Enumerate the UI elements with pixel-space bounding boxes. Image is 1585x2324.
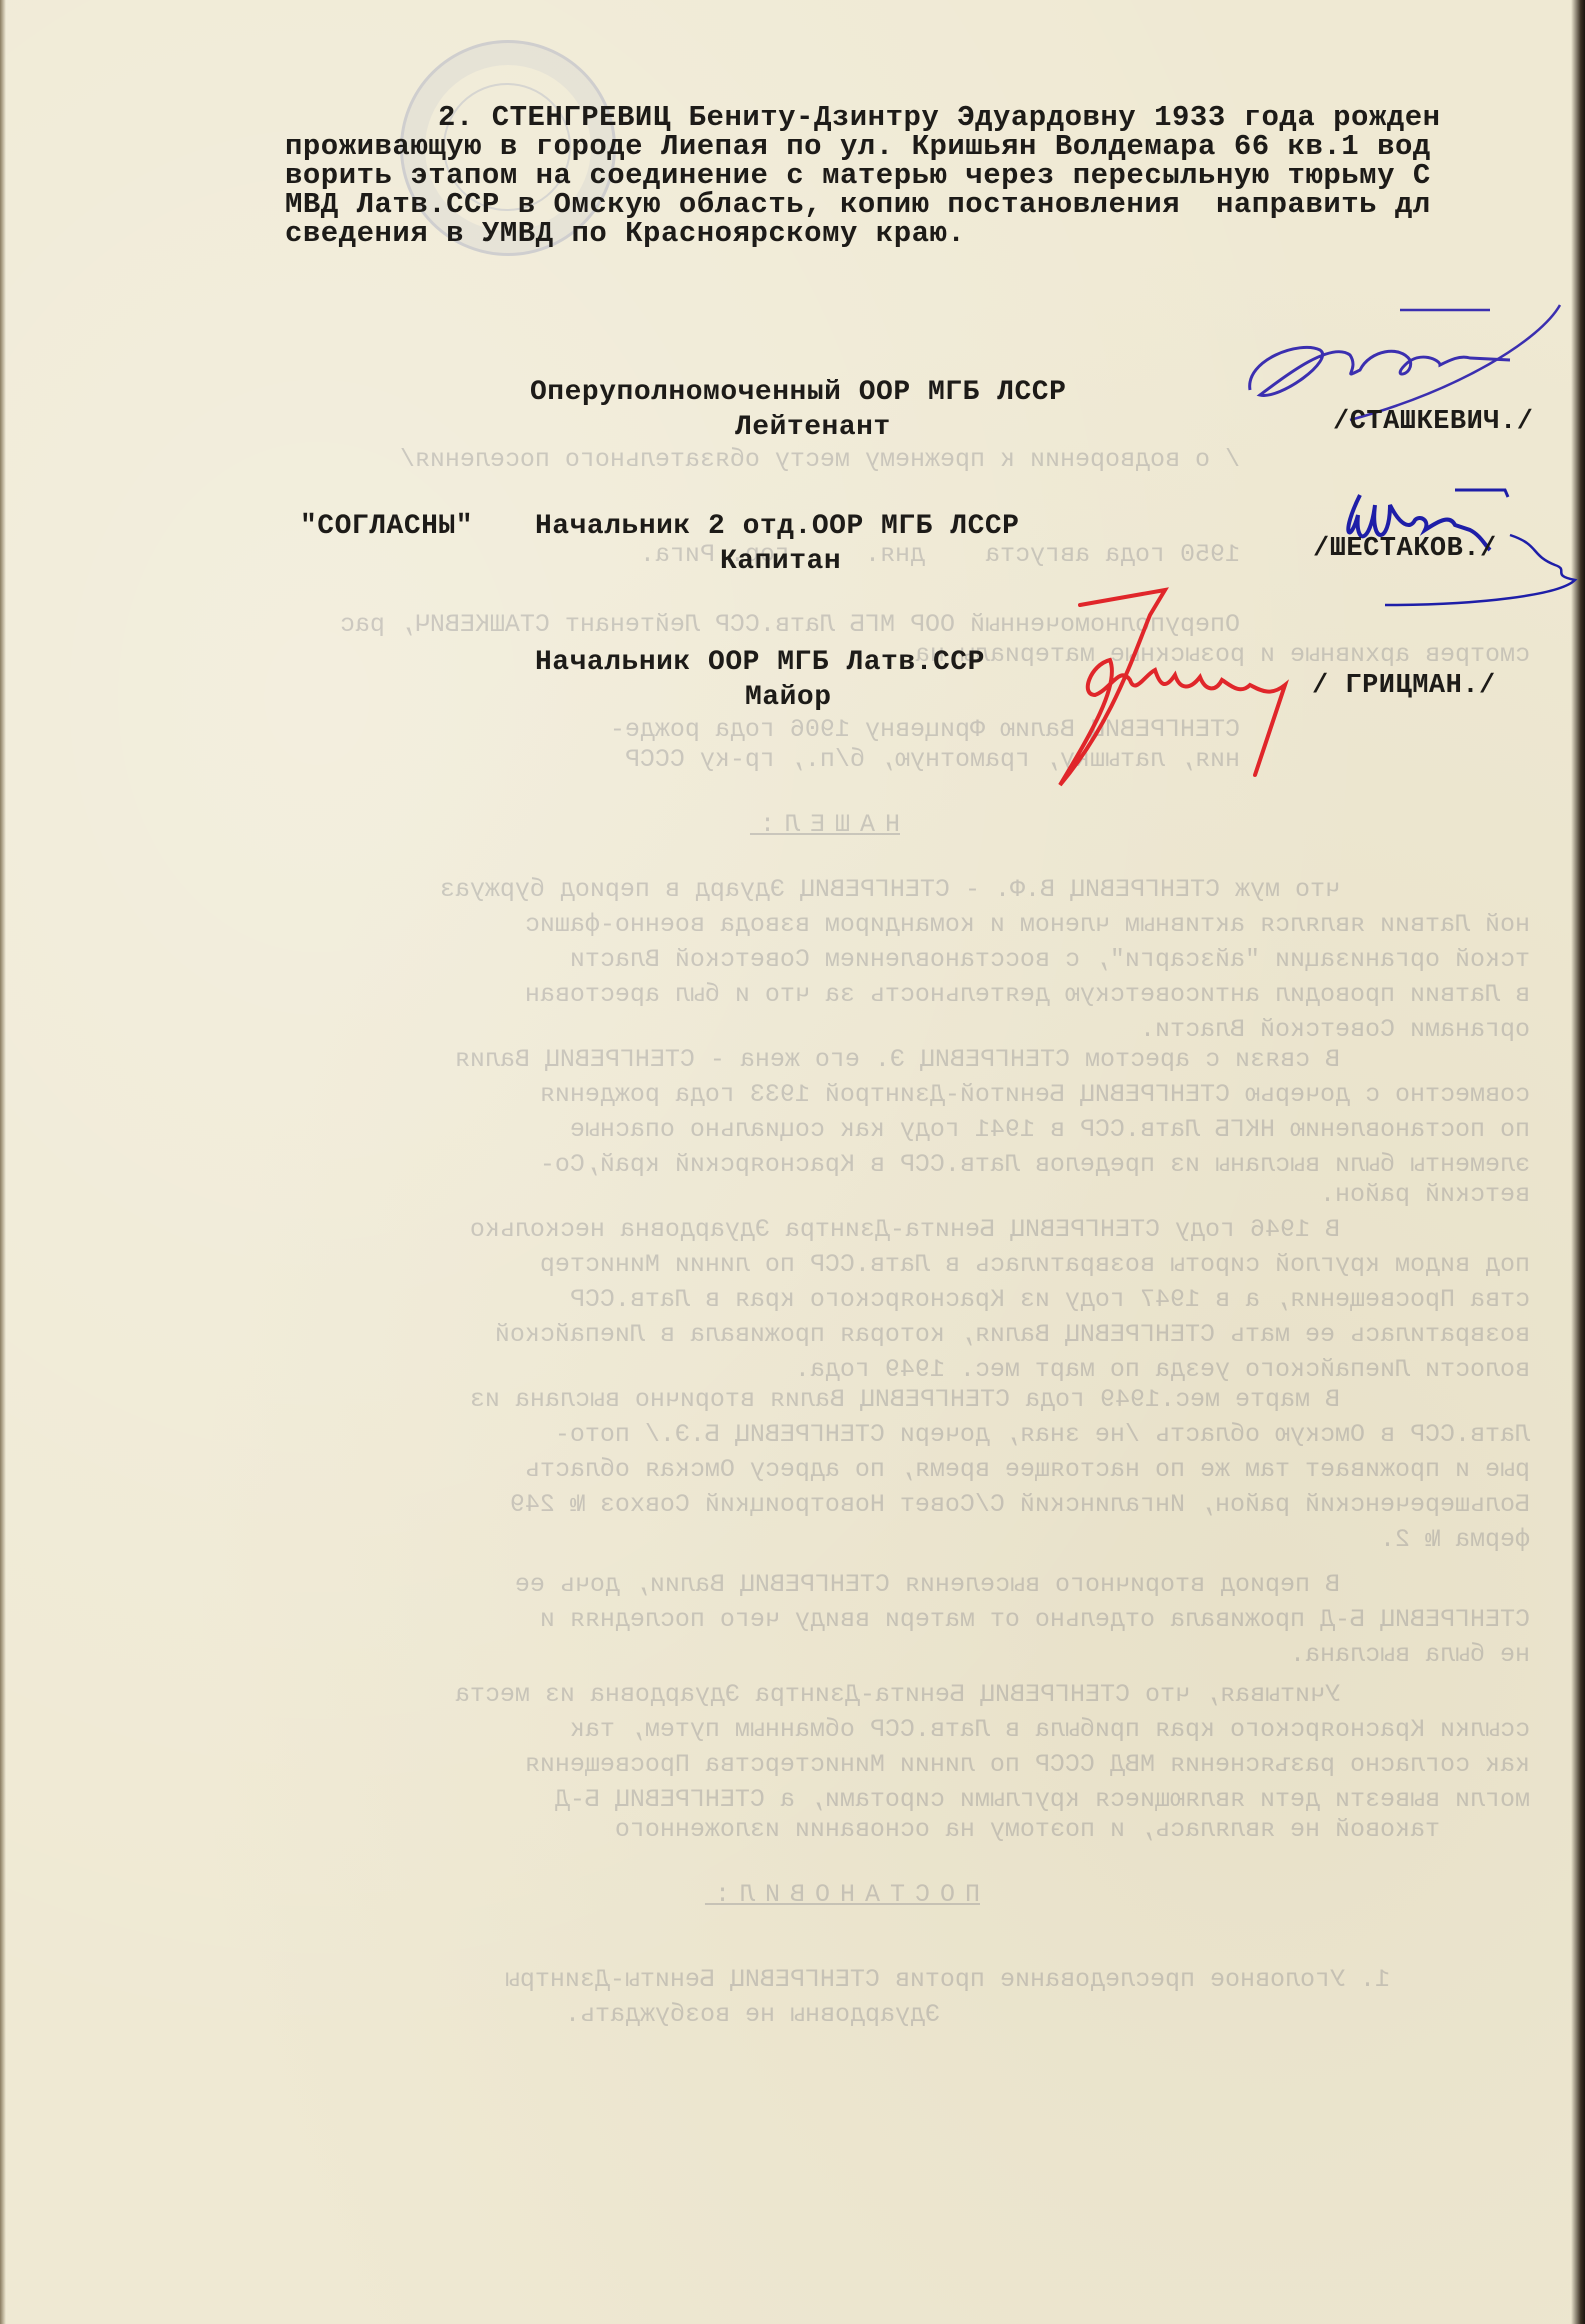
bleed-line: возвратилась ее мать СТЕНГРЕВИЦ Валия, к…: [495, 1320, 1530, 1350]
bleed-line: волости Лиепайского уезда по март мес. 1…: [795, 1355, 1530, 1385]
bleed-line: таковой не являлась, и поэтому на основа…: [615, 1815, 1440, 1845]
bleed-line: Большереченский район, Ингалинский С/Сов…: [510, 1490, 1530, 1520]
paragraph-line: проживающую в городе Лиепая по ул. Кришь…: [285, 132, 1431, 161]
bleed-line: ства Просвещения, а в 1947 году из Красн…: [570, 1285, 1530, 1315]
bleed-line: под видом круглой сироты возвратилась в …: [540, 1250, 1530, 1280]
bleed-line: ветский район.: [1320, 1180, 1530, 1210]
paragraph-line: МВД Латв.ССР в Омскую область, копию пос…: [285, 190, 1431, 219]
bleed-line: Латв.ССР в Омскую область /не зная, доче…: [555, 1420, 1530, 1450]
signatory-rank: Капитан: [720, 547, 841, 576]
approval-label: "СОГЛАСНЫ": [300, 512, 473, 541]
bleed-heading: ПОСТАНОВИЛ:: [705, 1880, 980, 1910]
bleed-line: ферма № 2.: [1380, 1525, 1530, 1555]
signatory-name: /ШЕСТАКОВ./: [1313, 535, 1497, 564]
bleed-line: В 1946 году СТЕНГРЕВИЦ Бенита-Дзинтра Эд…: [470, 1215, 1340, 1245]
signatory-position: Начальник 2 отд.ООР МГБ ЛССР: [535, 512, 1019, 541]
bleed-line: ссылки Красноярского края прибыла в Латв…: [570, 1715, 1530, 1745]
signatory-position: Оперуполномоченный ООР МГБ ЛССР: [530, 378, 1066, 407]
bleed-heading: НАШЕЛ:: [750, 810, 900, 840]
bleed-line: органами Советской Власти.: [1140, 1015, 1530, 1045]
signature-gritsman-icon: [1050, 585, 1320, 795]
signatory-position: Начальник ООР МГБ Латв.ССР: [535, 648, 985, 677]
bleed-line: элементы были высланы из пределов Латв.С…: [540, 1150, 1530, 1180]
bleed-line: Учитывая, что СТЕНГРЕВИЦ Бенита-Дзинтра …: [455, 1680, 1340, 1710]
signatory-name: / ГРИЦМАН./: [1312, 672, 1496, 701]
paper-edge-left: [0, 0, 6, 2324]
paragraph-line: сведения в УМВД по Красноярскому краю.: [285, 219, 965, 248]
signatory-rank: Лейтенант: [735, 413, 891, 442]
bleed-line: по постановлению НКГБ Латв.ССР в 1941 го…: [570, 1115, 1530, 1145]
bleed-line: ной Латвии являлся активным членом и ком…: [525, 910, 1530, 940]
bleed-line: Эдуардовны не возбуждать.: [565, 2000, 940, 2030]
bleed-line: в Латвии проводил антисоветскую деятельн…: [525, 980, 1530, 1010]
bleed-line: рые и проживает там же по настоящее врем…: [525, 1455, 1530, 1485]
bleed-line: как согласно разъяснения МВД СССР по лин…: [525, 1750, 1530, 1780]
bleed-line: СТЕНГРЕВИЦ Б-Д проживала отдельно от мат…: [540, 1605, 1530, 1635]
paragraph-line: ворить этапом на соединение с матерью че…: [285, 161, 1431, 190]
bleed-line: что муж СТЕНГРЕВИЦ В.Ф. - СТЕНГРЕВИЦ Эду…: [440, 875, 1340, 905]
bleed-line: В марте мес.1949 года СТЕНГРЕВИЦ Валия в…: [470, 1385, 1340, 1415]
signatory-rank: Майор: [745, 683, 832, 712]
bleed-line: В период вторичного выселения СТЕНГРЕВИЦ…: [515, 1570, 1340, 1600]
bleed-line: могли вывезти дети являющиеся круглыми с…: [555, 1785, 1530, 1815]
bleed-line: В связи с арестом СТЕНГРЕВИЦ Э. его жена…: [455, 1045, 1340, 1075]
bleed-line: совместно с дочерью СТЕНГРЕВИЦ Бенитой-Д…: [540, 1080, 1530, 1110]
bleed-line: тской организации "айзсарги", с восстано…: [570, 945, 1530, 975]
bleed-line: не была выслана.: [1290, 1640, 1530, 1670]
paragraph-line: 2. СТЕНГРЕВИЦ Бениту-Дзинтру Эдуардовну …: [438, 103, 1441, 132]
bleed-line: 1. Уголовное преследование против СТЕНГР…: [505, 1965, 1390, 1995]
bleed-line: / о водворении к прежнему месту обязател…: [400, 445, 1240, 475]
signatory-name: /СТАШКЕВИЧ./: [1333, 408, 1533, 437]
